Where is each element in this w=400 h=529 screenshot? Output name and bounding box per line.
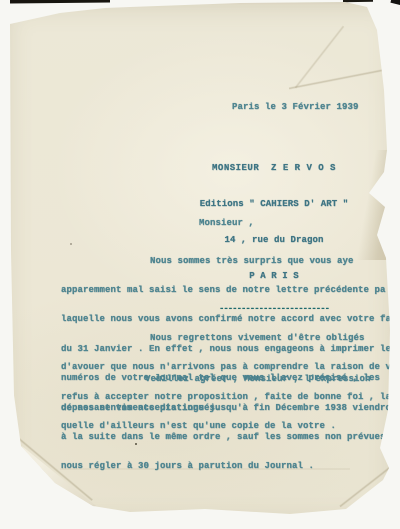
body-line: Nous sommes très surpris que vous aye xyxy=(61,257,400,267)
crease-line xyxy=(289,65,400,90)
body-line: nous régler à 30 jours à parution du Jou… xyxy=(61,462,400,472)
scan-edge-artifact-top-right xyxy=(343,0,373,2)
crease-line xyxy=(294,25,344,88)
closing-block: Veuillez agréer , Monsieur , l'expressio… xyxy=(61,355,371,433)
recipient-organization: Editions " CAHIERS D' ART " xyxy=(186,198,362,210)
closing-line: de nos sentiments distingués. xyxy=(61,404,371,414)
date-line: Paris le 3 Février 1939 xyxy=(232,102,359,112)
scanned-letter-page: Paris le 3 Février 1939 MONSIEUR Z E R V… xyxy=(0,0,400,529)
salutation: Monsieur , xyxy=(199,218,254,228)
scan-edge-artifact-top xyxy=(10,0,110,4)
letter-paper: Paris le 3 Février 1939 MONSIEUR Z E R V… xyxy=(0,0,400,529)
dust-speck xyxy=(5,25,8,28)
body-line: apparemment mal saisi le sens de notre l… xyxy=(61,286,400,296)
body-line: Nous regrettons vivement d'être obligés xyxy=(61,334,397,344)
scan-corner-artifact xyxy=(390,0,400,5)
closing-line: Veuillez agréer , Monsieur , l'expressio… xyxy=(61,375,371,385)
recipient-name: MONSIEUR Z E R V O S xyxy=(186,162,362,174)
